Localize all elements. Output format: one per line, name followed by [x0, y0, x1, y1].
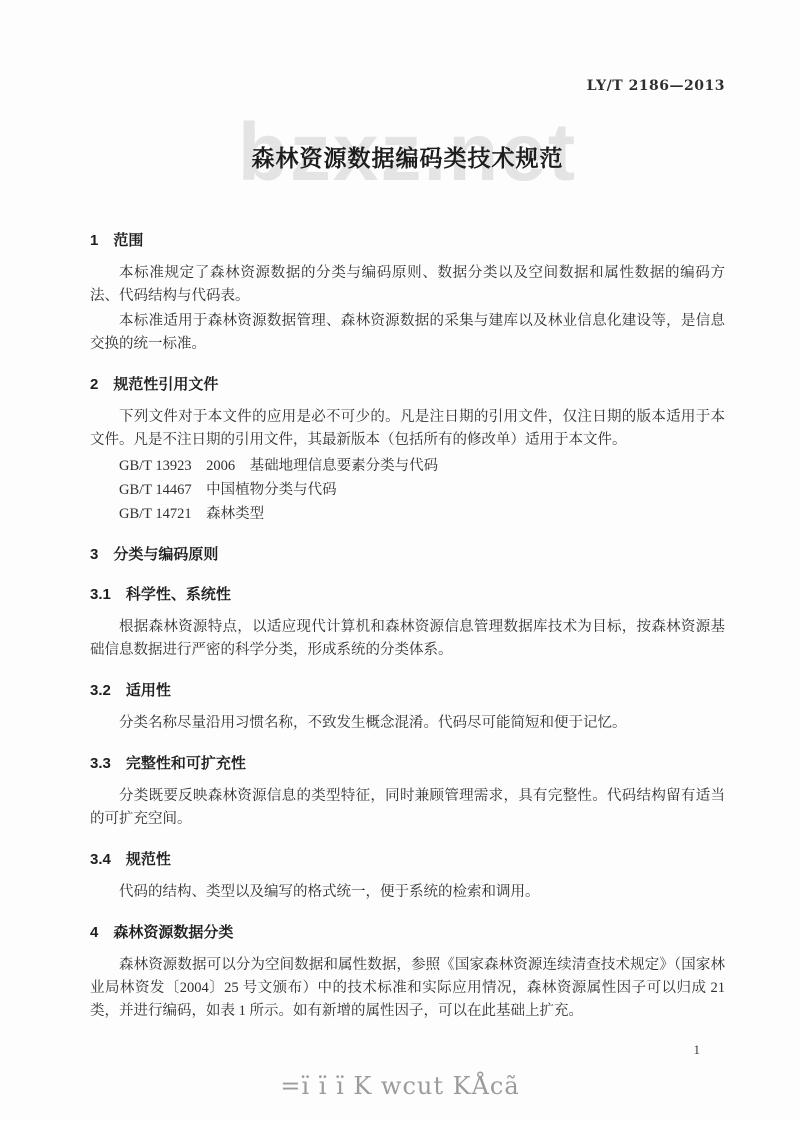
section-standardization: 3.4 规范性 代码的结构、类型以及编写的格式统一，便于系统的检索和调用。: [90, 849, 725, 904]
section-heading-3-2: 3.2 适用性: [90, 680, 725, 702]
reference-item: GB/T 14467 中国植物分类与代码: [90, 478, 725, 502]
paragraph: 分类名称尽量沿用习惯名称，不致发生概念混淆。代码尽可能简短和便于记忆。: [90, 712, 725, 735]
section-heading-3: 3 分类与编码原则: [90, 544, 725, 566]
reference-item: GB/T 13923 2006 基础地理信息要素分类与代码: [90, 454, 725, 478]
section-scientific-systematic: 3.1 科学性、系统性 根据森林资源特点，以适应现代计算机和森林资源信息管理数据…: [90, 584, 725, 662]
section-completeness-extensibility: 3.3 完整性和可扩充性 分类既要反映森林资源信息的类型特征，同时兼顾管理需求，…: [90, 753, 725, 831]
paragraph: 代码的结构、类型以及编写的格式统一，便于系统的检索和调用。: [90, 881, 725, 904]
reference-item: GB/T 14721 森林类型: [90, 502, 725, 526]
paragraph: 本标准适用于森林资源数据管理、森林资源数据的采集与建库以及林业信息化建设等，是信…: [90, 310, 725, 356]
paragraph: 下列文件对于本文件的应用是必不可少的。凡是注日期的引用文件，仅注日期的版本适用于…: [90, 406, 725, 452]
section-heading-3-4: 3.4 规范性: [90, 849, 725, 871]
paragraph: 森林资源数据可以分为空间数据和属性数据，参照《国家森林资源连续清查技术规定》（国…: [90, 954, 725, 1023]
section-applicability: 3.2 适用性 分类名称尽量沿用习惯名称，不致发生概念混淆。代码尽可能简短和便于…: [90, 680, 725, 735]
section-scope: 1 范围 本标准规定了森林资源数据的分类与编码原则、数据分类以及空间数据和属性数…: [90, 230, 725, 356]
title-block: bzxz.net 森林资源数据编码类技术规范: [90, 122, 725, 212]
section-heading-3-3: 3.3 完整性和可扩充性: [90, 753, 725, 775]
section-heading-2: 2 规范性引用文件: [90, 374, 725, 396]
document-page: LY/T 2186—2013 bzxz.net 森林资源数据编码类技术规范 1 …: [0, 0, 800, 1121]
standard-code: LY/T 2186—2013: [90, 78, 725, 94]
paragraph: 根据森林资源特点，以适应现代计算机和森林资源信息管理数据库技术为目标，按森林资源…: [90, 616, 725, 662]
section-normative-references: 2 规范性引用文件 下列文件对于本文件的应用是必不可少的。凡是注日期的引用文件，…: [90, 374, 725, 526]
footer-watermark-text: =ï ï ï K wcut KÅcã: [0, 1072, 800, 1100]
paragraph: 分类既要反映森林资源信息的类型特征，同时兼顾管理需求，具有完整性。代码结构留有适…: [90, 785, 725, 831]
reference-list: GB/T 13923 2006 基础地理信息要素分类与代码 GB/T 14467…: [90, 454, 725, 526]
document-content: LY/T 2186—2013 bzxz.net 森林资源数据编码类技术规范 1 …: [0, 78, 800, 1023]
section-principles: 3 分类与编码原则: [90, 544, 725, 566]
document-title: 森林资源数据编码类技术规范: [90, 122, 725, 173]
section-data-classification: 4 森林资源数据分类 森林资源数据可以分为空间数据和属性数据，参照《国家森林资源…: [90, 922, 725, 1023]
paragraph: 本标准规定了森林资源数据的分类与编码原则、数据分类以及空间数据和属性数据的编码方…: [90, 262, 725, 308]
section-heading-4: 4 森林资源数据分类: [90, 922, 725, 944]
page-number: 1: [694, 1042, 701, 1058]
section-heading-3-1: 3.1 科学性、系统性: [90, 584, 725, 606]
section-heading-1: 1 范围: [90, 230, 725, 252]
